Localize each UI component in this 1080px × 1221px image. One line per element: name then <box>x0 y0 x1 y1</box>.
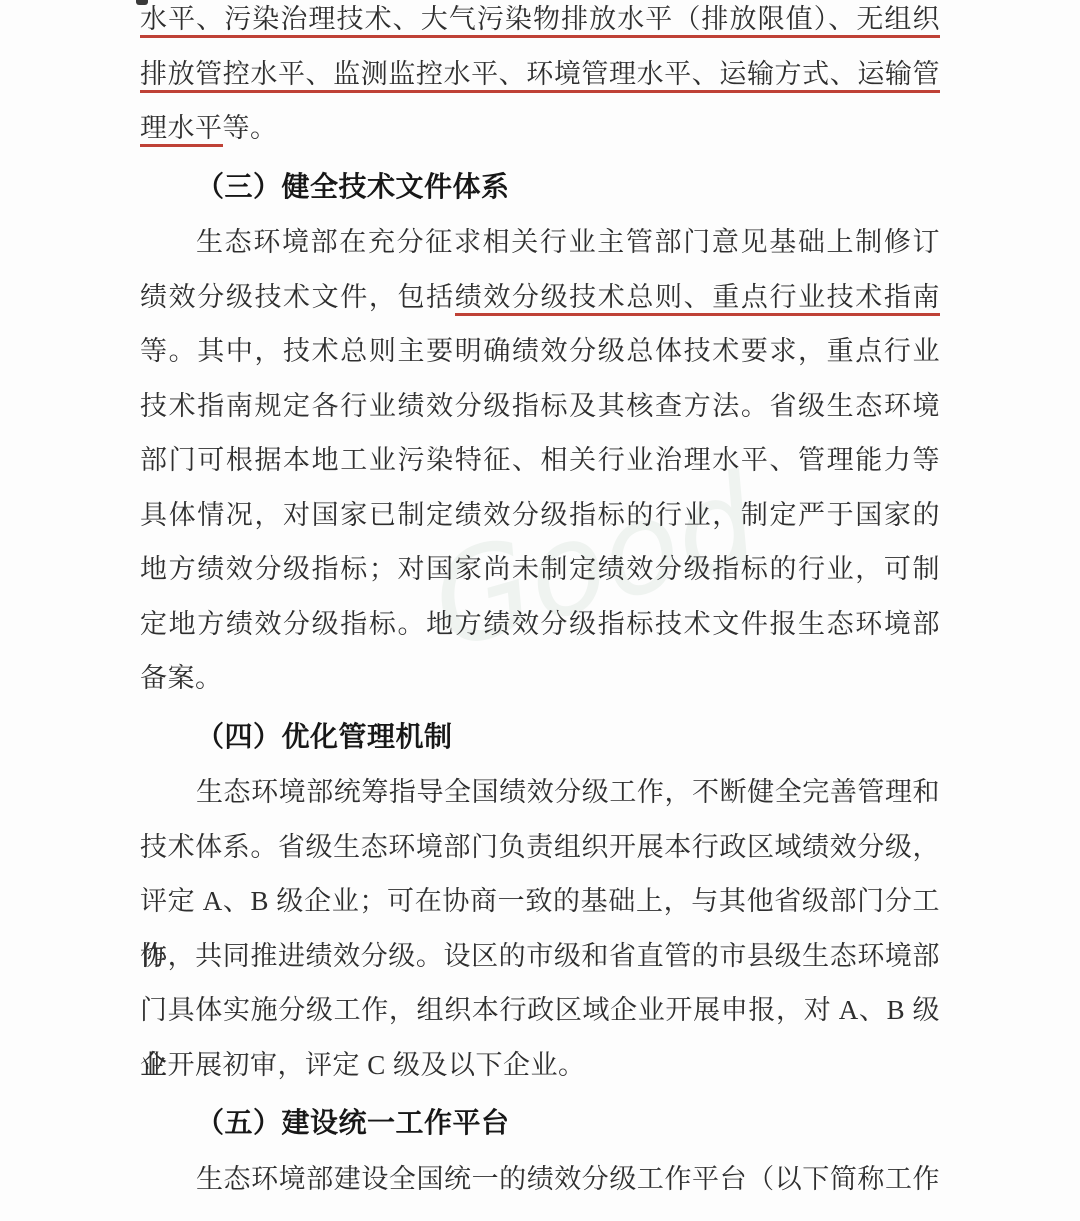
document-page: Good 水平、污染治理技术、大气污染物排放水平（排放限值）、无组织排放管控水平… <box>0 0 1080 1221</box>
text-line: 地方绩效分级指标；对国家尚未制定绩效分级指标的行业，可制 <box>140 542 940 597</box>
text-segment: 部门可根据本地工业污染特征、相关行业治理水平、管理能力等 <box>140 445 940 475</box>
text-segment: 技术指南规定各行业绩效分级指标及其核查方法。省级生态环境 <box>140 391 940 421</box>
text-line: 定地方绩效分级指标。地方绩效分级指标技术文件报生态环境部 <box>140 597 940 652</box>
text-segment: 生态环境部建设全国统一的绩效分级工作平台（以下简称工作 <box>196 1164 940 1194</box>
section-heading: （四）优化管理机制 <box>140 711 940 766</box>
text-segment: 备案。 <box>140 663 223 693</box>
text-line: 部门可根据本地工业污染特征、相关行业治理水平、管理能力等 <box>140 433 940 488</box>
text-line: 生态环境部统筹指导全国绩效分级工作，不断健全完善管理和 <box>140 765 940 820</box>
text-line: 理水平等。 <box>140 101 940 156</box>
text-line: 技术指南规定各行业绩效分级指标及其核查方法。省级生态环境 <box>140 379 940 434</box>
text-segment: （三）健全技术文件体系 <box>196 172 510 203</box>
text-segment: 具体情况，对国家已制定绩效分级指标的行业，制定严于国家的 <box>140 500 940 530</box>
text-line: 生态环境部建设全国统一的绩效分级工作平台（以下简称工作 <box>140 1152 940 1207</box>
document-content: 水平、污染治理技术、大气污染物排放水平（排放限值）、无组织排放管控水平、监测监控… <box>140 0 940 1206</box>
text-segment: 技术体系。省级生态环境部门负责组织开展本行政区域绩效分级， <box>140 832 940 862</box>
text-line: 排放管控水平、监测监控水平、环境管理水平、运输方式、运输管 <box>140 47 940 102</box>
text-segment: （四）优化管理机制 <box>196 722 453 753</box>
text-line: 门具体实施分级工作，组织本行政区域企业开展申报，对 A、B 级企 <box>140 983 940 1038</box>
text-segment: 等。 <box>223 113 278 143</box>
text-line: 业开展初审，评定 C 级及以下企业。 <box>140 1038 940 1093</box>
underlined-text: 绩效分级技术总则、重点行业技术指南 <box>455 282 940 316</box>
text-line: 备案。 <box>140 651 940 706</box>
text-segment: 生态环境部统筹指导全国绩效分级工作，不断健全完善管理和 <box>196 777 940 807</box>
underlined-text: 监测监控水平、环境管理水平、运输方式、运输管 <box>333 59 940 93</box>
text-line: 作，共同推进绩效分级。设区的市级和省直管的市县级生态环境部 <box>140 929 940 984</box>
text-segment: 定地方绩效分级指标。地方绩效分级指标技术文件报生态环境部 <box>140 609 940 639</box>
text-segment: 地方绩效分级指标；对国家尚未制定绩效分级指标的行业，可制 <box>140 554 940 584</box>
underlined-text: 理水平 <box>140 113 223 147</box>
underlined-text: 水平、污染治理技术、大气污染物排放水平（排放限值）、无组织 <box>140 4 940 38</box>
text-line: 具体情况，对国家已制定绩效分级指标的行业，制定严于国家的 <box>140 488 940 543</box>
text-segment: 生态环境部在充分征求相关行业主管部门意见基础上制修订 <box>196 227 940 257</box>
text-line: 评定 A、B 级企业；可在协商一致的基础上，与其他省级部门分工协 <box>140 874 940 929</box>
section-heading: （五）建设统一工作平台 <box>140 1097 940 1152</box>
text-segment: （五）建设统一工作平台 <box>196 1108 510 1139</box>
text-line: 等。其中，技术总则主要明确绩效分级总体技术要求，重点行业 <box>140 324 940 379</box>
text-segment: 绩效分级技术文件，包括 <box>140 282 455 312</box>
text-line: 生态环境部在充分征求相关行业主管部门意见基础上制修订 <box>140 215 940 270</box>
text-segment: 等。其中，技术总则主要明确绩效分级总体技术要求，重点行业 <box>140 336 940 366</box>
text-line: 水平、污染治理技术、大气污染物排放水平（排放限值）、无组织 <box>140 0 940 47</box>
text-line: 绩效分级技术文件，包括绩效分级技术总则、重点行业技术指南 <box>140 270 940 325</box>
text-line: 技术体系。省级生态环境部门负责组织开展本行政区域绩效分级， <box>140 820 940 875</box>
text-segment: 业开展初审，评定 C 级及以下企业。 <box>140 1050 586 1080</box>
text-segment: 作，共同推进绩效分级。设区的市级和省直管的市县级生态环境部 <box>140 941 940 971</box>
section-heading: （三）健全技术文件体系 <box>140 161 940 216</box>
underlined-text: 排放管控水平、 <box>140 59 333 93</box>
